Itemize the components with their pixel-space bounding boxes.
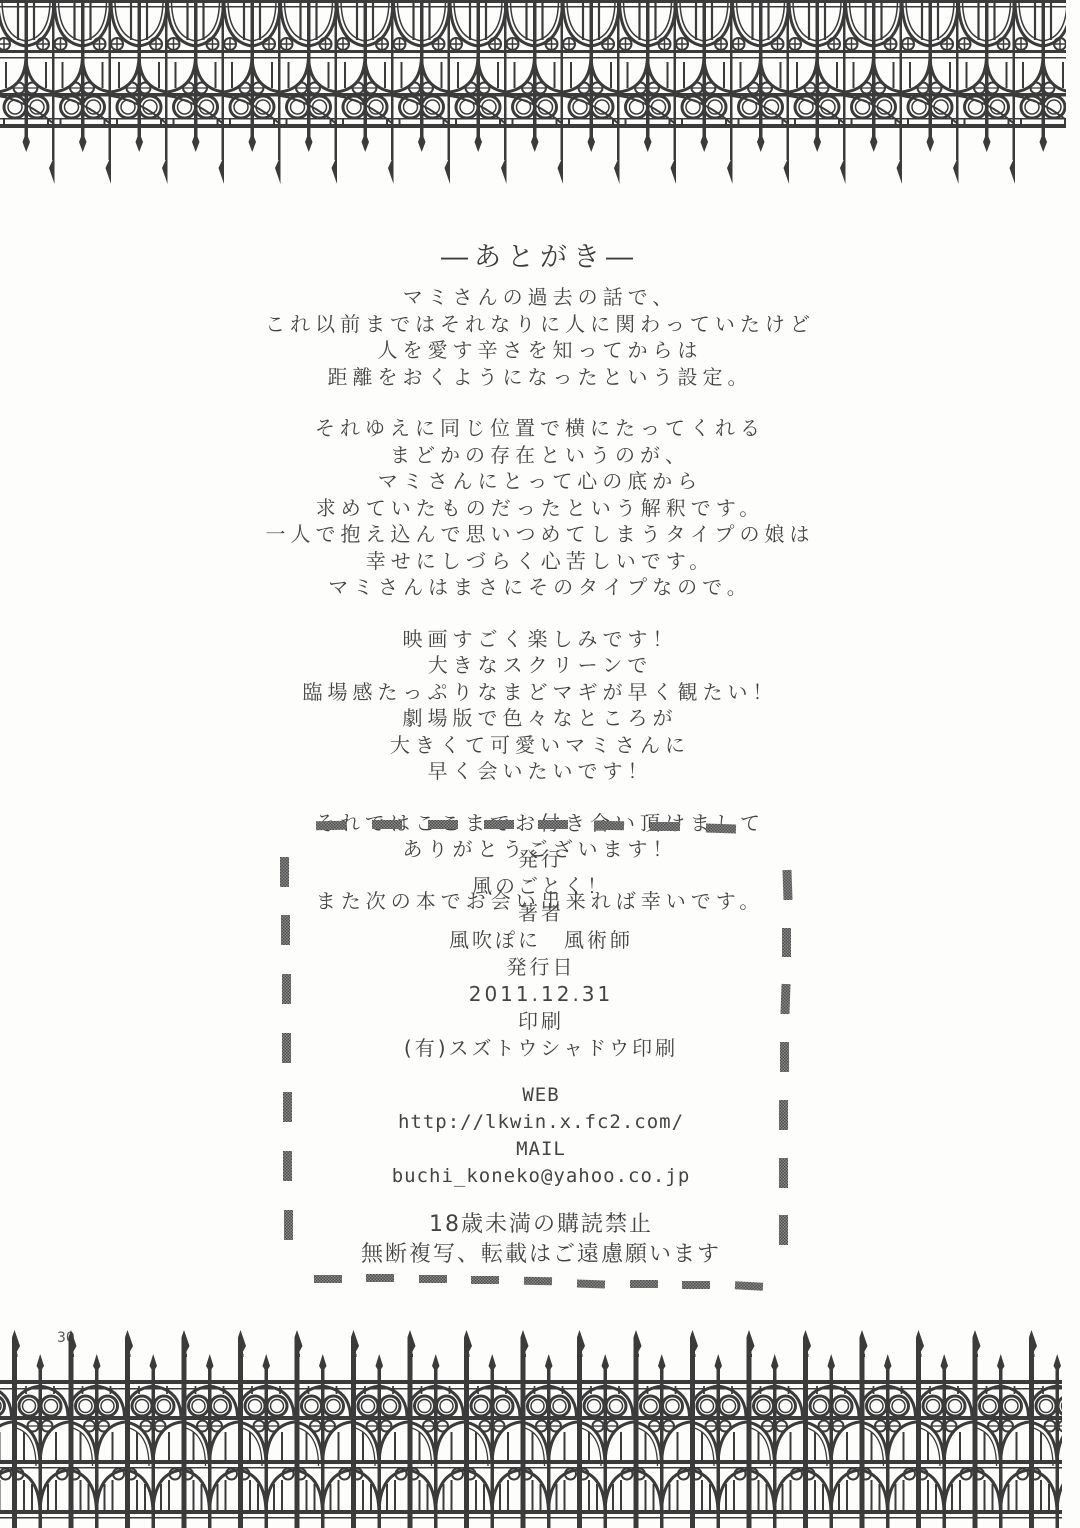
text-line: 臨場感たっぷりなまどマギが早く観たい！ xyxy=(0,679,1080,706)
printer-name: (有)スズトウシャドウ印刷 xyxy=(280,1035,802,1062)
author-names: 風吹ぽに 風術師 xyxy=(280,927,802,954)
text-line: 幸せにしづらく心苦しいです。 xyxy=(0,548,1080,575)
text-line: 距離をおくようになったという設定。 xyxy=(0,364,1080,391)
paragraph-1: マミさんの過去の話で、 これ以前まではそれなりに人に関わっていたけど 人を愛す辛… xyxy=(0,284,1080,390)
mail-label: MAIL xyxy=(280,1136,802,1163)
text-line: マミさんにとって心の底から xyxy=(0,468,1080,495)
publisher-label: 発行 xyxy=(280,846,802,873)
date-label: 発行日 xyxy=(280,954,802,981)
text-line: 劇場版で色々なところが xyxy=(0,705,1080,732)
text-line: まどかの存在というのが、 xyxy=(0,442,1080,469)
copyright-notice: 無断複写、転載はご遠慮願います xyxy=(280,1240,802,1270)
text-line: 大きくて可愛いマミさんに xyxy=(0,732,1080,759)
text-line: マミさんはまさにそのタイプなので。 xyxy=(0,574,1080,601)
bottom-fence-decoration xyxy=(0,1318,1080,1528)
text-line: これ以前まではそれなりに人に関わっていたけど xyxy=(0,311,1080,338)
text-line: それゆえに同じ位置で横にたってくれる xyxy=(0,415,1080,442)
age-restriction-notice: 18歳未満の購読禁止 xyxy=(280,1210,802,1240)
colophon-text: 発行 風のごとく！ 著者 風吹ぽに 風術師 発行日 2011.12.31 印刷 … xyxy=(280,846,802,1270)
text-line: マミさんの過去の話で、 xyxy=(0,284,1080,311)
text-line: 一人で抱え込んで思いつめてしまうタイプの娘は xyxy=(0,521,1080,548)
colophon-box: 発行 風のごとく！ 著者 風吹ぽに 風術師 発行日 2011.12.31 印刷 … xyxy=(280,812,802,1298)
text-line: 早く会いたいです！ xyxy=(0,758,1080,785)
paragraph-3: 映画すごく楽しみです！ 大きなスクリーンで 臨場感たっぷりなまどマギが早く観たい… xyxy=(0,626,1080,785)
text-line: 大きなスクリーンで xyxy=(0,652,1080,679)
author-label: 著者 xyxy=(280,900,802,927)
mail-address: buchi_koneko@yahoo.co.jp xyxy=(280,1163,802,1190)
afterword-title: ―あとがき― xyxy=(0,238,1080,278)
printer-label: 印刷 xyxy=(280,1008,802,1035)
text-line: 求めていたものだったという解釈です。 xyxy=(0,495,1080,522)
paragraph-2: それゆえに同じ位置で横にたってくれる まどかの存在というのが、 マミさんにとって… xyxy=(0,415,1080,601)
top-fence-decoration xyxy=(0,0,1080,190)
publisher-name: 風のごとく！ xyxy=(280,873,802,900)
text-line: 人を愛す辛さを知ってからは xyxy=(0,337,1080,364)
fence-icon xyxy=(0,1318,1080,1528)
text-line: 映画すごく楽しみです！ xyxy=(0,626,1080,653)
publish-date: 2011.12.31 xyxy=(280,981,802,1008)
fence-icon xyxy=(0,0,1080,190)
web-label: WEB xyxy=(280,1082,802,1109)
web-url: http://lkwin.x.fc2.com/ xyxy=(280,1109,802,1136)
